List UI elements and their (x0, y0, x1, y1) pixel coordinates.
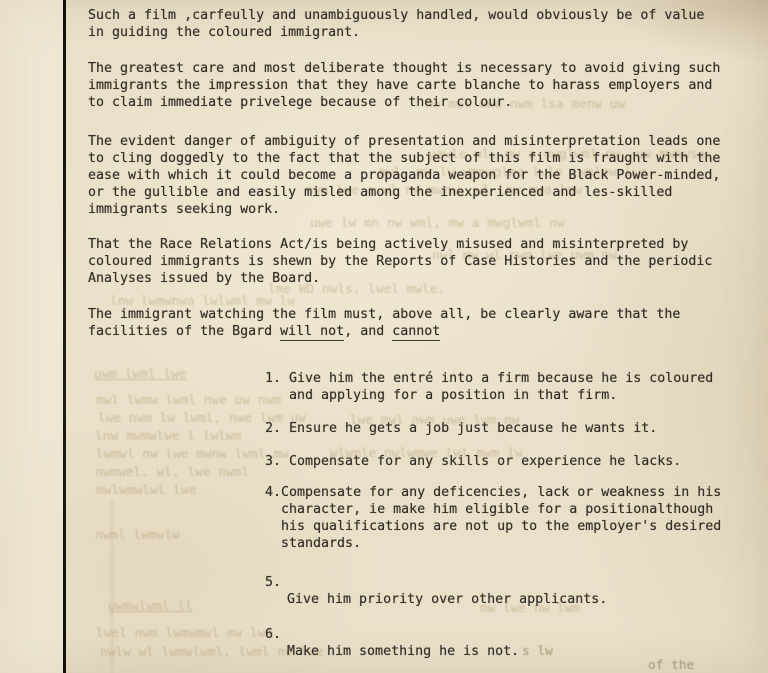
list-item-text: Give him priority over other applicants. (287, 591, 750, 608)
paragraph: The greatest care and most deliberate th… (88, 60, 750, 111)
list-item-number: 2. (265, 420, 289, 437)
list-item: 2. Ensure he gets a job just because he … (265, 420, 750, 437)
document-page: nw mel uwe nwm lsa menw uw yawle wl, mw … (0, 0, 768, 673)
underlined-phrase: cannot (392, 324, 440, 341)
paragraph-line: The immigrant watching the film must, ab… (88, 307, 680, 322)
margin-rule-line (63, 0, 66, 673)
paragraph: The evident danger of ambiguity of prese… (88, 133, 750, 218)
list-item-text: Compensate for any deficencies, lack or … (281, 484, 750, 552)
list-item-number: 3. (265, 453, 289, 470)
paragraph-line: facilities of the Bgard will not, and ca… (88, 324, 440, 341)
paragraph: Such a film ,carfeully and unambiguously… (88, 7, 750, 41)
list-item: 4. Compensate for any deficencies, lack … (265, 484, 750, 552)
paragraph: The immigrant watching the film must, ab… (88, 306, 750, 340)
paragraph: That the Race Relations Act/is being act… (88, 236, 750, 287)
underlined-phrase: will not (280, 324, 344, 341)
list-item-text: Make him something he is not. (287, 643, 750, 660)
list-item: 5. Give him priority over other applican… (265, 574, 750, 608)
numbered-list: 1. Give him the entré into a firm becaus… (265, 370, 750, 660)
list-item: 3. Compensate for any skills or experien… (265, 453, 750, 470)
list-item-text: Ensure he gets a job just because he wan… (289, 420, 750, 437)
list-item-text: Compensate for any skills or experience … (289, 453, 750, 470)
paper-margin-strip (0, 0, 63, 673)
list-item-number: 4. (265, 484, 281, 501)
list-item: 1. Give him the entré into a firm becaus… (265, 370, 750, 404)
list-item-text: Give him the entré into a firm because h… (289, 370, 750, 404)
document-body: Such a film ,carfeully and unambiguously… (88, 7, 750, 660)
list-item-number: 1. (265, 370, 289, 387)
list-item: 6. Make him something he is not. (265, 626, 750, 660)
list-item-number: 6. (265, 626, 750, 643)
list-item-number: 5. (265, 574, 750, 591)
